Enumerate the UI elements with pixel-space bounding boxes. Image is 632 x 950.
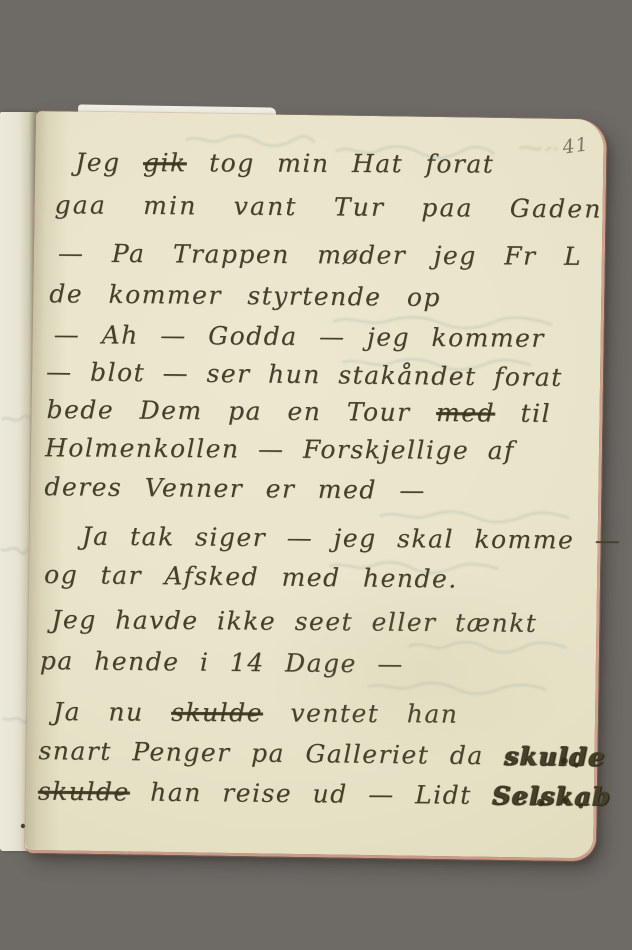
struck-word: skulde — [38, 777, 130, 807]
handwriting-line-1: Jeg gik tog min Hat forat — [75, 150, 494, 177]
ink-blot — [531, 790, 591, 815]
word-group: — Ah — Godda — jeg kommer — [54, 320, 545, 353]
ink-blot — [556, 751, 586, 773]
ink-bleedthrough-mark — [367, 678, 547, 699]
word-group: — Pa Trappen møder jeg Fr L — [58, 239, 582, 271]
handwriting-line-13: pa hende i 14 Dage — — [40, 648, 404, 676]
word-group: de kommer styrtende op — [49, 279, 441, 312]
ink-bleedthrough-mark — [185, 131, 315, 149]
handwriting-line-16: skulde han reise ud — Lidt Selskab — [38, 779, 612, 810]
word-group: til — [520, 399, 551, 428]
word-group: Jeg — [75, 148, 120, 177]
handwriting-line-10: Ja tak siger — jeg skal komme — — [82, 524, 622, 553]
handwriting-line-11: og tar Afsked med hende. — [44, 562, 458, 592]
blotted-word: skulde — [504, 741, 606, 771]
handwriting-line-14: Ja nu skulde ventet han — [53, 699, 458, 726]
handwriting-line-5: — Ah — Godda — jeg kommer — [54, 322, 545, 351]
word-group: Holmenkollen — Forskjellige af — [45, 433, 515, 465]
handwriting-line-2: gaa min vant Tur paa Gaden — [55, 192, 603, 221]
notebook-page: 41 Jeg gik tog min Hat forat gaa min van… — [25, 111, 607, 861]
handwriting-line-8: Holmenkollen — Forskjellige af — [45, 435, 515, 463]
word-group: deres Venner er med — — [44, 472, 426, 505]
ink-bleedthrough-mark — [408, 637, 568, 657]
struck-word: gik — [143, 148, 187, 177]
handwriting-line-4: de kommer styrtende op — [49, 281, 441, 310]
pencil-smudge — [517, 140, 559, 157]
word-group: snart Penger pa Galleriet da — [38, 736, 484, 770]
struck-word: med — [436, 398, 495, 427]
ink-bleedthrough-mark — [2, 412, 32, 426]
photo-backdrop: 41 Jeg gik tog min Hat forat gaa min van… — [0, 0, 632, 950]
ink-bleedthrough-mark — [3, 712, 29, 726]
word-group: gaa min vant Tur paa Gaden — [55, 190, 603, 223]
word-group: og tar Afsked med hende. — [44, 560, 458, 594]
handwriting-line-9: deres Venner er med — — [44, 474, 426, 503]
handwriting-line-3: — Pa Trappen møder jeg Fr L — [58, 241, 582, 269]
page-number: 41 — [561, 133, 590, 158]
struck-word: skulde — [171, 698, 263, 728]
word-group: pa hende i 14 Dage — — [40, 646, 404, 678]
word-group: — blot — ser hun stakåndet forat — [46, 357, 563, 392]
handwriting-line-12: Jeg havde ikke seet eller tænkt — [51, 607, 537, 636]
word-group: Ja tak siger — jeg skal komme — — [82, 522, 622, 555]
ink-bleedthrough-mark — [1, 542, 29, 556]
word-group: ventet han — [290, 699, 458, 729]
handwriting-line-6: — blot — ser hun stakåndet forat — [46, 359, 563, 390]
handwriting-line-7: bede Dem pa en Tour med til — [46, 397, 551, 426]
word-group: Jeg havde ikke seet eller tænkt — [51, 605, 537, 638]
handwriting-line-15: snart Penger pa Galleriet da skulde — [38, 738, 605, 769]
word-group: Ja nu — [53, 697, 144, 727]
word-group: bede Dem pa en Tour — [46, 395, 410, 427]
word-group: han reise ud — Lidt — [150, 778, 472, 810]
word-group: tog min Hat forat — [209, 148, 494, 178]
